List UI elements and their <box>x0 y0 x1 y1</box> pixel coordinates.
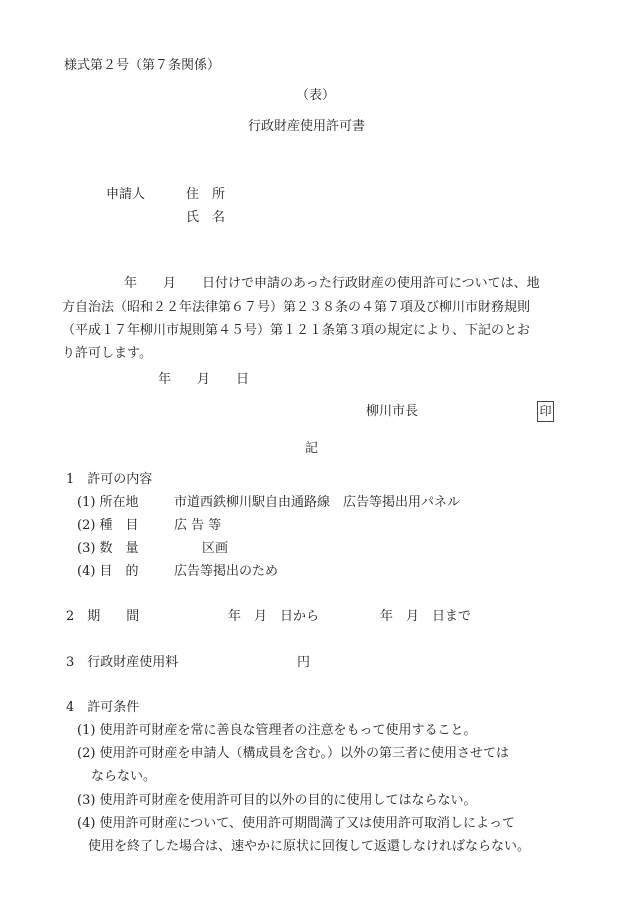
document-title: 行政財産使用許可書 <box>248 119 365 135</box>
issue-date: 年 月 日 <box>158 372 249 388</box>
section4-heading: 4 許可条件 <box>66 700 139 716</box>
address-label: 住 所 <box>186 187 225 203</box>
body-line-1: 年 月 日付けで申請のあった行政財産の使用許可については、地 <box>124 276 540 292</box>
fee-unit: 円 <box>297 655 310 671</box>
item3-label: (3) 数 量 <box>77 541 139 557</box>
period-to: 年 月 日まで <box>380 609 471 625</box>
item2-value: 広 告 等 <box>174 518 221 534</box>
section2-heading: 2 期 間 <box>66 609 139 625</box>
name-label: 氏 名 <box>186 210 225 226</box>
item2-label: (2) 種 目 <box>77 518 139 534</box>
item4-value: 広告等掲出のため <box>174 564 278 580</box>
form-number: 様式第２号（第７条関係） <box>64 58 220 74</box>
item1-label: (1) 所在地 <box>77 495 139 511</box>
body-line-3: （平成１７年柳川市規則第４５号）第１２１条第３項の規定により、下記のとお <box>62 323 530 339</box>
condition-4: (4) 使用許可財産について、使用許可期間満了又は使用許可取消しによって <box>77 816 515 832</box>
condition-2-cont: ならない。 <box>91 769 156 785</box>
item1-value: 市道西鉄柳川駅自由通路線 広告等掲出用パネル <box>174 495 460 511</box>
item4-label: (4) 目 的 <box>77 564 139 580</box>
condition-3: (3) 使用許可財産を使用許可目的以外の目的に使用してはならない。 <box>77 793 477 809</box>
item3-value: 区画 <box>202 541 228 557</box>
condition-4-cont: 使用を終了した場合は、速やかに原状に回復して返還しなければならない。 <box>88 839 530 855</box>
body-line-4: り許可します。 <box>62 346 152 362</box>
seal-mark: 印 <box>537 401 554 422</box>
condition-2: (2) 使用許可財産を申請人（構成員を含む。）以外の第三者に使用させては <box>77 746 509 762</box>
condition-1: (1) 使用許可財産を常に善良な管理者の注意をもって使用すること。 <box>77 723 477 739</box>
ki-label: 記 <box>305 441 318 457</box>
body-line-2: 方自治法（昭和２２年法律第６７号）第２３８条の４第７項及び柳川市財務規則 <box>62 300 530 316</box>
section1-heading: 1 許可の内容 <box>66 472 152 488</box>
period-from: 年 月 日から <box>228 609 319 625</box>
section3-heading: 3 行政財産使用料 <box>66 655 178 671</box>
applicant-label: 申請人 <box>106 187 145 203</box>
issuer: 柳川市長 <box>366 404 418 420</box>
side-label: （表） <box>296 88 335 104</box>
